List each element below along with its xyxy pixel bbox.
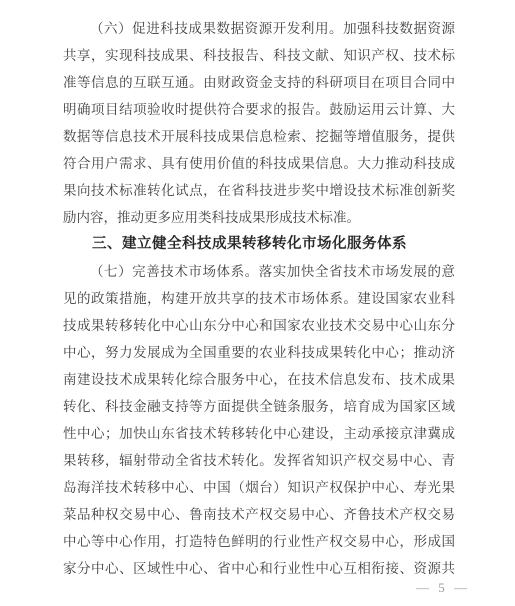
text-line: 中心等中心作用，打造特色鲜明的行业性产权交易中心，形成国 — [63, 528, 455, 555]
text-line: （六）促进科技成果数据资源开发利用。加强科技数据资源 — [63, 15, 455, 42]
paragraph-lead: （六）促进科技成果数据资源开发利用。 — [90, 21, 343, 36]
text-line: （七）完善技术市场体系。落实加快全省技术市场发展的意 — [63, 258, 455, 285]
text-line: 岛海洋技术转移中心、中国（烟台）知识产权保护中心、寿光果 — [63, 474, 455, 501]
text-segment: 菜品种权交易中心、鲁南技术产权交易中心、齐鲁技术产权交易 — [63, 507, 455, 522]
text-segment: 家分中心、区域性中心、省中心和行业性中心互相衔接、资源共 — [63, 561, 455, 576]
text-segment: 见的政策措施，构建开放共享的技术市场体系。建设国家农业科 — [63, 291, 455, 306]
text-line: 数据等信息技术开展科技成果信息检索、挖掘等增值服务，提供 — [63, 123, 455, 150]
text-segment: 南建设技术成果转化综合服务中心，在技术信息发布、技术成果 — [63, 372, 455, 387]
document-body: （六）促进科技成果数据资源开发利用。加强科技数据资源共享，实现科技成果、科技报告… — [63, 15, 455, 582]
text-line: 果向技术标准转化试点，在省科技进步奖中增设技术标准创新奖 — [63, 177, 455, 204]
text-segment: 落实加快全省技术市场发展的意 — [259, 264, 455, 279]
text-segment: 果转移，辐射带动全省技术转化。发挥省知识产权交易中心、青 — [63, 453, 455, 468]
text-segment: 明确项目结项验收时提供符合要求的报告。鼓励运用云计算、大 — [63, 102, 455, 117]
page-number: — 5 — — [416, 580, 470, 596]
text-segment: 共享，实现科技成果、科技报告、科技文献、知识产权、技术标 — [63, 48, 455, 63]
text-line: 南建设技术成果转化综合服务中心，在技术信息发布、技术成果 — [63, 366, 455, 393]
document-page: （六）促进科技成果数据资源开发利用。加强科技数据资源共享，实现科技成果、科技报告… — [0, 0, 515, 606]
text-segment: 符合用户需求、具有使用价值的科技成果信息。大力推动科技成 — [63, 156, 455, 171]
text-line: 果转移，辐射带动全省技术转化。发挥省知识产权交易中心、青 — [63, 447, 455, 474]
text-line: 家分中心、区域性中心、省中心和行业性中心互相衔接、资源共 — [63, 555, 455, 582]
paragraph-lead: （七）完善技术市场体系。 — [90, 264, 259, 279]
section-heading: 三、建立健全科技成果转移转化市场化服务体系 — [63, 231, 455, 258]
text-segment: 转化、科技金融支持等方面提供全链条服务，培育成为国家区域 — [63, 399, 455, 414]
text-segment: 中心等中心作用，打造特色鲜明的行业性产权交易中心，形成国 — [63, 534, 455, 549]
text-segment: 岛海洋技术转移中心、中国（烟台）知识产权保护中心、寿光果 — [63, 480, 455, 495]
text-segment: 性中心；加快山东省技术转移转化中心建设，主动承接京津冀成 — [63, 426, 455, 441]
text-line: 中心，努力发展成为全国重要的农业科技成果转化中心；推动济 — [63, 339, 455, 366]
text-segment: 数据等信息技术开展科技成果信息检索、挖掘等增值服务，提供 — [63, 129, 455, 144]
text-line: 准等信息的互联互通。由财政资金支持的科研项目在项目合同中 — [63, 69, 455, 96]
text-line: 性中心；加快山东省技术转移转化中心建设，主动承接京津冀成 — [63, 420, 455, 447]
text-line: 转化、科技金融支持等方面提供全链条服务，培育成为国家区域 — [63, 393, 455, 420]
text-segment: 果向技术标准转化试点，在省科技进步奖中增设技术标准创新奖 — [63, 183, 455, 198]
text-segment: 准等信息的互联互通。由财政资金支持的科研项目在项目合同中 — [63, 75, 455, 90]
text-segment: 三、建立健全科技成果转移转化市场化服务体系 — [92, 236, 407, 252]
text-line: 共享，实现科技成果、科技报告、科技文献、知识产权、技术标 — [63, 42, 455, 69]
text-segment: 励内容，推动更多应用类科技成果形成技术标准。 — [63, 210, 360, 225]
text-line: 励内容，推动更多应用类科技成果形成技术标准。 — [63, 204, 455, 231]
text-line: 明确项目结项验收时提供符合要求的报告。鼓励运用云计算、大 — [63, 96, 455, 123]
text-line: 技成果转移转化中心山东分中心和国家农业技术交易中心山东分 — [63, 312, 455, 339]
text-segment: 技成果转移转化中心山东分中心和国家农业技术交易中心山东分 — [63, 318, 455, 333]
text-line: 菜品种权交易中心、鲁南技术产权交易中心、齐鲁技术产权交易 — [63, 501, 455, 528]
text-segment: 中心，努力发展成为全国重要的农业科技成果转化中心；推动济 — [63, 345, 455, 360]
text-segment: 加强科技数据资源 — [343, 21, 455, 36]
text-line: 见的政策措施，构建开放共享的技术市场体系。建设国家农业科 — [63, 285, 455, 312]
text-line: 符合用户需求、具有使用价值的科技成果信息。大力推动科技成 — [63, 150, 455, 177]
